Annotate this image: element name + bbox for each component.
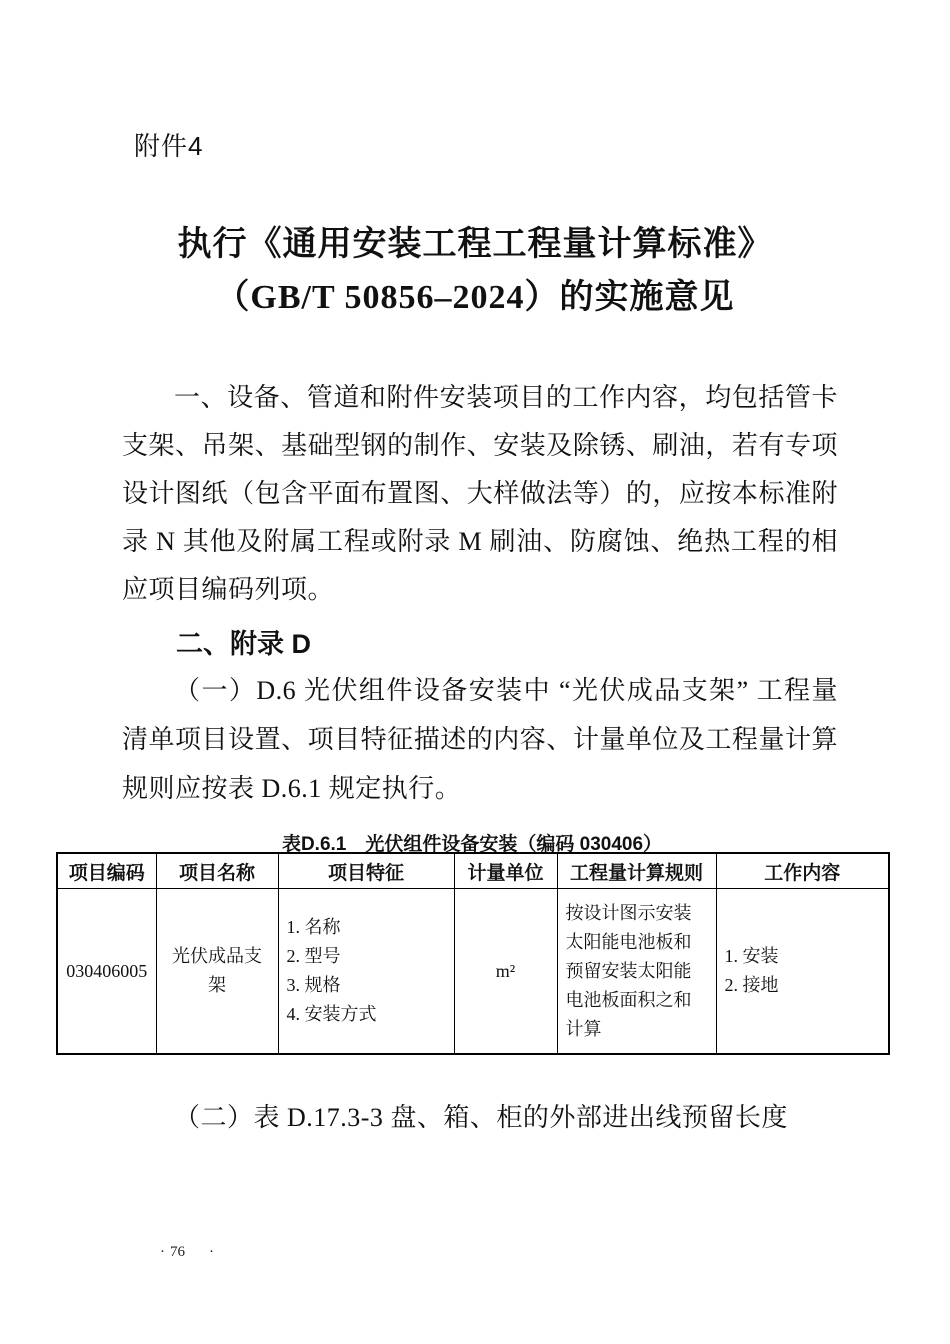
header-project-name: 项目名称 xyxy=(156,853,278,889)
cell-quantity-rule: 按设计图示安装太阳能电池板和预留安装太阳能电池板面积之和计算 xyxy=(557,889,716,1055)
header-project-features: 项目特征 xyxy=(278,853,454,889)
section-heading-appendix-d: 二、附录 D xyxy=(122,622,311,661)
feature-item: 4. 安装方式 xyxy=(287,1000,446,1029)
feature-item: 3. 规格 xyxy=(287,971,446,1000)
attachment-label: 附件4 xyxy=(134,126,203,163)
title-line-1: 执行《通用安装工程工程量计算标准》 xyxy=(0,218,950,271)
paragraph-1: 一、设备、管道和附件安装项目的工作内容，均包括管卡支架、吊架、基础型钢的制作、安… xyxy=(122,374,838,614)
footer-left-dot: · xyxy=(160,1244,165,1260)
document-page: 附件4 执行《通用安装工程工程量计算标准》 （GB/T 50856–2024）的… xyxy=(0,0,950,1344)
document-title: 执行《通用安装工程工程量计算标准》 （GB/T 50856–2024）的实施意见 xyxy=(0,218,950,324)
work-item: 1. 安装 xyxy=(725,942,881,971)
header-work-content: 工作内容 xyxy=(716,853,889,889)
title-line-2: （GB/T 50856–2024）的实施意见 xyxy=(0,271,950,324)
header-project-code: 项目编码 xyxy=(57,853,156,889)
footer-page-number: 76 xyxy=(170,1244,185,1260)
feature-item: 1. 名称 xyxy=(287,913,446,942)
table-row: 030406005 光伏成品支架 1. 名称 2. 型号 3. 规格 4. 安装… xyxy=(57,889,889,1055)
work-item: 2. 接地 xyxy=(725,971,881,1000)
cell-work-content: 1. 安装 2. 接地 xyxy=(716,889,889,1055)
feature-item: 2. 型号 xyxy=(287,942,446,971)
header-measure-unit: 计量单位 xyxy=(454,853,557,889)
page-footer: ·76· xyxy=(160,1244,214,1261)
cell-measure-unit: m² xyxy=(454,889,557,1055)
quantity-rules-table: 项目编码 项目名称 项目特征 计量单位 工程量计算规则 工作内容 0304060… xyxy=(56,852,890,1055)
paragraph-3: （二）表 D.17.3-3 盘、箱、柜的外部进出线预留长度 xyxy=(122,1094,838,1142)
footer-right-dot: · xyxy=(209,1244,214,1260)
cell-project-name: 光伏成品支架 xyxy=(156,889,278,1055)
table-header-row: 项目编码 项目名称 项目特征 计量单位 工程量计算规则 工作内容 xyxy=(57,853,889,889)
header-quantity-rule: 工程量计算规则 xyxy=(557,853,716,889)
cell-project-features: 1. 名称 2. 型号 3. 规格 4. 安装方式 xyxy=(278,889,454,1055)
paragraph-2: （一）D.6 光伏组件设备安装中 “光伏成品支架” 工程量清单项目设置、项目特征… xyxy=(122,666,838,813)
cell-project-code: 030406005 xyxy=(57,889,156,1055)
